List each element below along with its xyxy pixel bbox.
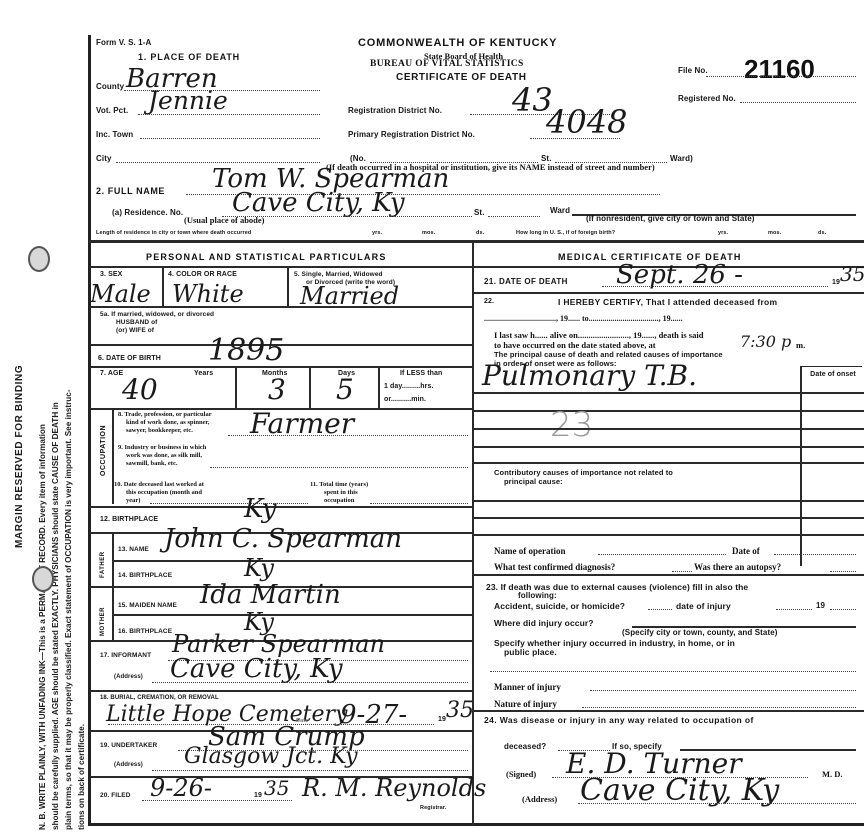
mother-birthplace-label: 16. BIRTHPLACE [118, 628, 172, 635]
mother-name-label: 15. MAIDEN NAME [118, 602, 177, 609]
father-side-label: FATHER [100, 551, 106, 578]
instructions-line-1: N. B. WRITE PLAINLY, WITH UNFADING INK—T… [38, 424, 47, 830]
public-place-line [490, 671, 856, 672]
informant-value: Parker Spearman [172, 632, 385, 656]
last-worked-label-2: this occupation (month and [126, 489, 202, 496]
form-bottom-border [88, 823, 864, 826]
mother-name-value: Ida Martin [200, 582, 341, 608]
specify-whether-label-2: public place. [504, 647, 557, 657]
cause-line [474, 410, 864, 412]
how-long-us-mos: mos. [768, 230, 781, 236]
instructions-line-4: tions on back of certificate. [77, 724, 86, 830]
place-of-death-heading: 1. PLACE OF DEATH [138, 52, 240, 62]
residence-value: Cave City, Ky [232, 190, 405, 216]
filed-date-value: 9-26- [150, 776, 212, 800]
registration-district-label: Registration District No. [348, 106, 442, 115]
how-long-us-yrs: yrs. [718, 230, 728, 236]
age-days-value: 5 [336, 376, 354, 404]
manner-of-injury-line [590, 690, 856, 691]
burial-year-prefix: 19 [438, 716, 446, 723]
signed-label: (Signed) [506, 769, 536, 779]
binding-hole-icon [32, 566, 54, 592]
industry-line [210, 467, 468, 468]
residence-st-label: St. [474, 208, 485, 217]
ward-label: Ward) [670, 154, 693, 163]
sex-label: 3. SEX [100, 271, 122, 278]
father-birthplace-value: Ky [244, 556, 274, 580]
undertaker-address-label: (Address) [114, 762, 143, 768]
trade-value: Farmer [250, 410, 354, 438]
primary-registration-district-line [530, 138, 620, 139]
industry-label-3: sawmill, bank, etc. [126, 460, 177, 467]
file-no-label: File No. [678, 66, 708, 75]
informant-address-value: Cave City, Ky [170, 656, 343, 682]
cause-line [474, 428, 864, 430]
total-time-line [370, 503, 468, 504]
city-label: City [96, 154, 112, 163]
last-saw-alive: I last saw h...... alive on.............… [494, 330, 703, 340]
contributory-line [474, 534, 864, 536]
marital-label-1: 5. Single, Married, Widowed [294, 271, 383, 278]
total-time-label-1: 11. Total time (years) [310, 481, 368, 488]
nature-of-injury-label: Nature of injury [494, 699, 557, 709]
binding-margin-label: MARGIN RESERVED FOR BINDING [14, 365, 25, 548]
injury-year-prefix: 19 [816, 601, 825, 610]
race-label: 4. COLOR OR RACE [168, 271, 237, 278]
occupation-side-label: OCCUPATION [100, 425, 107, 476]
total-time-label-3: occupation [324, 497, 354, 504]
marital-value: Married [300, 284, 399, 308]
file-no-line [706, 76, 856, 77]
father-divider [112, 532, 114, 586]
row-line [90, 690, 472, 692]
certificate-title: CERTIFICATE OF DEATH [396, 72, 527, 83]
birthplace-label: 12. BIRTHPLACE [100, 516, 158, 523]
last-worked-label-3: year) [126, 497, 140, 504]
file-no-value: 21160 [744, 54, 815, 85]
occupation-divider [112, 408, 114, 504]
how-long-us-label: How long in U. S., if of foreign birth? [516, 230, 615, 236]
age-label: 7. AGE [100, 370, 123, 377]
md-label: M. D. [822, 769, 843, 779]
sex-value: Male [90, 282, 151, 306]
age-months-value: 3 [268, 376, 286, 404]
deceased-label: deceased? [504, 742, 546, 751]
vot-pct-label: Vot. Pct. [96, 106, 128, 115]
trade-line [228, 435, 468, 436]
cell-divider [235, 366, 237, 408]
operation-date-label: Date of [732, 546, 760, 556]
full-name-label: 2. FULL NAME [96, 186, 165, 196]
filed-label: 20. FILED [100, 792, 131, 799]
injury-year-line [830, 609, 856, 610]
where-injury-label: Where did injury occur? [494, 618, 594, 628]
county-label: County [96, 82, 124, 91]
father-name-value: John C. Spearman [164, 526, 402, 552]
row-line [90, 266, 472, 268]
contributory-label-2: principal cause: [504, 477, 563, 486]
vot-pct-field-line [138, 114, 320, 115]
time-of-death-value: 7:30 p [740, 334, 791, 350]
date-of-death-year: 35 [840, 264, 864, 284]
operation-line [598, 554, 726, 555]
operation-label: Name of operation [494, 546, 566, 556]
dob-label: 6. DATE OF BIRTH [98, 355, 161, 362]
registered-no-label: Registered No. [678, 94, 736, 103]
length-residence-ds: ds. [476, 230, 484, 236]
race-value: White [172, 282, 244, 306]
row-line [474, 292, 864, 294]
operation-date-line [774, 554, 856, 555]
usual-abode-note: (Usual place of abode) [184, 215, 265, 225]
state-heading: COMMONWEALTH OF KENTUCKY [358, 37, 557, 49]
autopsy-line [830, 571, 856, 572]
spouse-label-2: HUSBAND of [116, 319, 157, 326]
birthplace-value: Ky [244, 496, 276, 522]
contributory-line [474, 500, 864, 502]
time-of-death-suffix: m. [796, 340, 805, 350]
primary-registration-district-label: Primary Registration District No. [348, 130, 475, 139]
physician-address-value: Cave City, Ky [580, 776, 779, 806]
residence-label: (a) Residence. No. [112, 208, 183, 217]
instructions-line-3: plain terms, so that it may be properly … [64, 389, 73, 830]
cause-line [474, 446, 864, 448]
industry-label-1: 9. Industry or business in which [118, 444, 206, 451]
date-of-death-year-prefix: 19 [832, 279, 840, 286]
row-line [90, 306, 472, 308]
row-line [90, 506, 472, 508]
row-line [474, 574, 864, 576]
row-line [112, 614, 472, 616]
industry-label-2: work was done, as silk mill, [126, 452, 202, 459]
row-line [112, 560, 472, 562]
certify-number: 22. [484, 298, 494, 305]
how-long-us-ds: ds. [818, 230, 826, 236]
principal-cause-value: Pulmonary T.B. [482, 362, 697, 390]
occurred-at-label: to have occurred on the date stated abov… [494, 340, 656, 350]
accident-label: Accident, suicide, or homicide? [494, 601, 625, 611]
informant-address-label: (Address) [114, 674, 143, 680]
vot-pct-value: Jennie [148, 88, 228, 113]
less-than-hrs: 1 day.........hrs. [384, 383, 434, 390]
header-divider [88, 240, 864, 243]
total-time-label-2: spent in this [324, 489, 358, 496]
residence-st-line [488, 216, 540, 217]
inc-town-label: Inc. Town [96, 130, 133, 139]
injury-date-line [776, 609, 812, 610]
nature-of-injury-line [582, 707, 856, 708]
trade-label-2: kind of work done, as spinner, [126, 419, 209, 426]
specify-location-note: (Specify city or town, county, and State… [622, 628, 778, 637]
date-of-onset-column [800, 366, 862, 566]
external-causes-label-2: following: [518, 591, 557, 600]
physician-address-label: (Address) [522, 794, 557, 804]
years-label: Years [194, 370, 213, 377]
cell-divider [162, 266, 164, 306]
informant-label: 17. INFORMANT [100, 652, 151, 659]
filed-line [142, 800, 292, 801]
filed-year-value: 35 [264, 778, 289, 798]
undertaker-address-value: Glasgow Jct. Ky [184, 746, 358, 768]
mother-divider [112, 586, 114, 640]
trade-label-3: sawyer, bookkeeper, etc. [126, 427, 193, 434]
nonresident-note: (If nonresident, give city or town and S… [586, 214, 755, 223]
last-worked-label-1: 10. Date deceased last worked at [114, 481, 204, 488]
length-residence-label: Length of residence in city or town wher… [96, 230, 251, 236]
injury-date-label: date of injury [676, 601, 731, 611]
inc-town-field-line [140, 138, 320, 139]
cause-code-value: 23 [550, 408, 593, 442]
residence-ward-label: Ward [550, 206, 570, 215]
date-of-death-label: 21. DATE OF DEATH [484, 277, 568, 286]
father-birthplace-label: 14. BIRTHPLACE [118, 572, 172, 579]
city-field-line [116, 162, 320, 163]
personal-section-title: PERSONAL AND STATISTICAL PARTICULARS [146, 252, 387, 262]
cell-divider [309, 366, 311, 408]
principal-cause-label-1: The principal cause of death and related… [494, 350, 723, 359]
date-of-onset-label: Date of onset [808, 370, 858, 379]
undertaker-address-line [152, 770, 468, 771]
trade-label-1: 8. Trade, profession, or particular [118, 411, 212, 418]
burial-label: 18. BURIAL, CREMATION, OR REMOVAL [100, 695, 219, 701]
spouse-label-1: 5a. If married, widowed, or divorced [100, 311, 214, 318]
filed-year-prefix: 19 [254, 792, 262, 799]
registered-no-line [740, 102, 856, 103]
form-left-border [88, 35, 91, 825]
mother-side-label: MOTHER [100, 607, 106, 636]
cell-divider [378, 366, 380, 408]
date-of-death-line [602, 286, 828, 287]
contributory-line [474, 517, 864, 519]
informant-address-line [152, 682, 468, 683]
length-residence-yrs: yrs. [372, 230, 382, 236]
registrar-label: Registrar. [420, 805, 446, 811]
cause-line [474, 392, 864, 394]
form-number: Form V. S. 1-A [96, 38, 151, 47]
date-of-death-value: Sept. 26 - [616, 262, 743, 288]
contributory-label-1: Contributory causes of importance not re… [494, 468, 673, 477]
burial-year-value: 35 [446, 700, 474, 722]
binding-margin: MARGIN RESERVED FOR BINDING N. B. WRITE … [0, 0, 90, 840]
instructions-line-2: should be carefully supplied. AGE should… [51, 402, 60, 830]
occupation-related-label: 24. Was disease or injury in any way rel… [484, 715, 754, 725]
certify-statement: I HEREBY CERTIFY, That I attended deceas… [558, 297, 777, 307]
spouse-label-3: (or) WIFE of [116, 327, 154, 334]
binding-hole-icon [28, 246, 50, 272]
undertaker-label: 19. UNDERTAKER [100, 742, 157, 749]
cell-divider [287, 266, 289, 306]
last-worked-line [150, 503, 308, 504]
registrar-signature: R. M. Reynolds [302, 776, 486, 800]
primary-registration-district-value: 4048 [546, 106, 627, 138]
physician-address-line [578, 803, 856, 804]
less-than-min: or..........min. [384, 396, 426, 403]
cause-line [474, 462, 864, 464]
attended-from-to: ...................................., 19… [484, 314, 683, 323]
row-line [90, 366, 472, 368]
less-than-label: If LESS than [400, 370, 442, 377]
diagnosis-test-line [672, 571, 692, 572]
father-name-label: 13. NAME [118, 546, 149, 553]
bureau-heading: BUREAU OF VITAL STATISTICS [370, 59, 524, 69]
autopsy-label: Was there an autopsy? [694, 562, 781, 572]
age-years-value: 40 [122, 376, 158, 404]
dob-value: 1895 [208, 336, 284, 366]
diagnosis-test-label: What test confirmed diagnosis? [494, 562, 615, 572]
row-line [474, 710, 864, 712]
accident-line [648, 609, 672, 610]
length-residence-mos: mos. [422, 230, 435, 236]
manner-of-injury-label: Manner of injury [494, 682, 561, 692]
